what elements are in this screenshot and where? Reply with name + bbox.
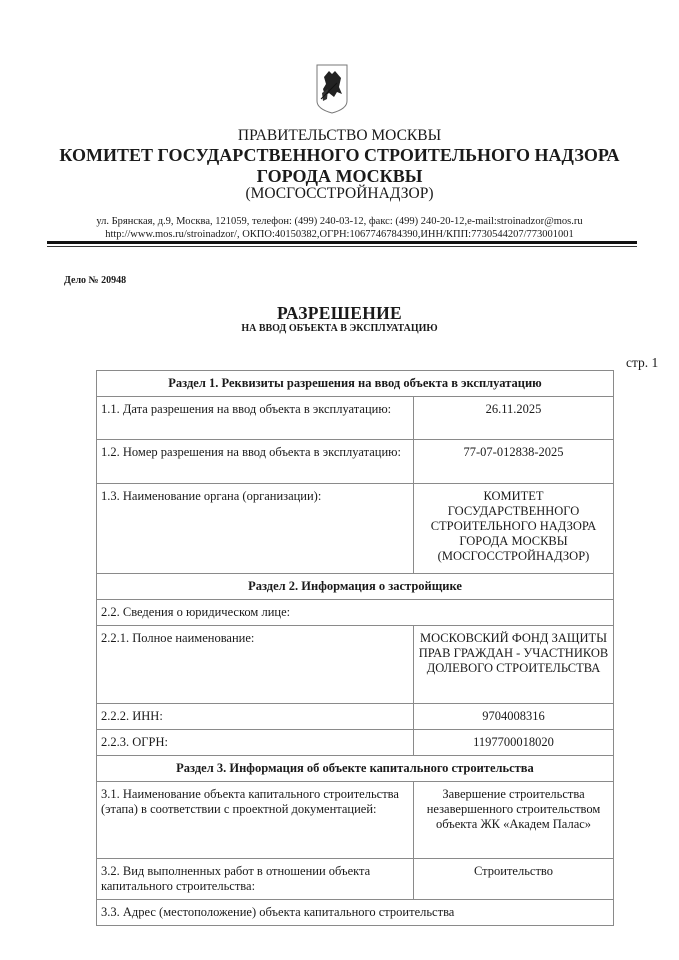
- section-1-title: Раздел 1. Реквизиты разрешения на ввод о…: [97, 371, 614, 397]
- table-row: 3.2. Вид выполненных работ в отношении о…: [97, 859, 614, 900]
- legal-entity-label: 2.2. Сведения о юридическом лице:: [97, 600, 614, 626]
- authority-name-value: КОМИТЕТ ГОСУДАРСТВЕННОГО СТРОИТЕЛЬНОГО Н…: [414, 484, 614, 574]
- document-subtitle: НА ВВОД ОБЪЕКТА В ЭКСПЛУАТАЦИЮ: [0, 323, 679, 334]
- table-row: 2.2.1. Полное наименование: МОСКОВСКИЙ Ф…: [97, 626, 614, 704]
- permit-table: Раздел 1. Реквизиты разрешения на ввод о…: [96, 370, 614, 926]
- committee-city: ГОРОДА МОСКВЫ: [0, 166, 679, 187]
- work-type-value: Строительство: [414, 859, 614, 900]
- case-number: Дело № 20948: [64, 275, 126, 286]
- developer-full-name-label: 2.2.1. Полное наименование:: [97, 626, 414, 704]
- developer-full-name-value: МОСКОВСКИЙ ФОНД ЗАЩИТЫ ПРАВ ГРАЖДАН - УЧ…: [414, 626, 614, 704]
- table-row: 2.2. Сведения о юридическом лице:: [97, 600, 614, 626]
- section-header-row: Раздел 2. Информация о застройщике: [97, 574, 614, 600]
- inn-label: 2.2.2. ИНН:: [97, 704, 414, 730]
- table-row: 1.2. Номер разрешения на ввод объекта в …: [97, 440, 614, 484]
- table-row: 3.3. Адрес (местоположение) объекта капи…: [97, 900, 614, 926]
- section-2-title: Раздел 2. Информация о застройщике: [97, 574, 614, 600]
- authority-name-label: 1.3. Наименование органа (организации):: [97, 484, 414, 574]
- header-divider-thick: [47, 241, 637, 244]
- work-type-label: 3.2. Вид выполненных работ в отношении о…: [97, 859, 414, 900]
- document-title: РАЗРЕШЕНИЕ: [0, 303, 679, 324]
- committee-name: КОМИТЕТ ГОСУДАРСТВЕННОГО СТРОИТЕЛЬНОГО Н…: [0, 145, 679, 166]
- government-name: ПРАВИТЕЛЬСТВО МОСКВЫ: [0, 127, 679, 145]
- address-line: ул. Брянская, д.9, Москва, 121059, телеф…: [0, 216, 679, 227]
- object-name-value: Завершение строительства незавершенного …: [414, 782, 614, 859]
- table-row: 2.2.2. ИНН: 9704008316: [97, 704, 614, 730]
- object-name-label: 3.1. Наименование объекта капитального с…: [97, 782, 414, 859]
- page-number: стр. 1: [626, 355, 658, 371]
- ogrn-value: 1197700018020: [414, 730, 614, 756]
- table-row: 1.1. Дата разрешения на ввод объекта в э…: [97, 397, 614, 440]
- table-row: 3.1. Наименование объекта капитального с…: [97, 782, 614, 859]
- permit-date-label: 1.1. Дата разрешения на ввод объекта в э…: [97, 397, 414, 440]
- object-address-label: 3.3. Адрес (местоположение) объекта капи…: [97, 900, 614, 926]
- section-3-title: Раздел 3. Информация об объекте капиталь…: [97, 756, 614, 782]
- header-divider-thin: [47, 246, 637, 247]
- committee-abbreviation: (МОСГОССТРОЙНАДЗОР): [0, 185, 679, 203]
- permit-number-label: 1.2. Номер разрешения на ввод объекта в …: [97, 440, 414, 484]
- requisites-line: http://www.mos.ru/stroinadzor/, ОКПО:401…: [0, 229, 679, 240]
- ogrn-label: 2.2.3. ОГРН:: [97, 730, 414, 756]
- table-row: 2.2.3. ОГРН: 1197700018020: [97, 730, 614, 756]
- section-header-row: Раздел 1. Реквизиты разрешения на ввод о…: [97, 371, 614, 397]
- inn-value: 9704008316: [414, 704, 614, 730]
- permit-number-value: 77-07-012838-2025: [414, 440, 614, 484]
- table-row: 1.3. Наименование органа (организации): …: [97, 484, 614, 574]
- permit-date-value: 26.11.2025: [414, 397, 614, 440]
- moscow-coat-of-arms-icon: [315, 63, 349, 115]
- section-header-row: Раздел 3. Информация об объекте капиталь…: [97, 756, 614, 782]
